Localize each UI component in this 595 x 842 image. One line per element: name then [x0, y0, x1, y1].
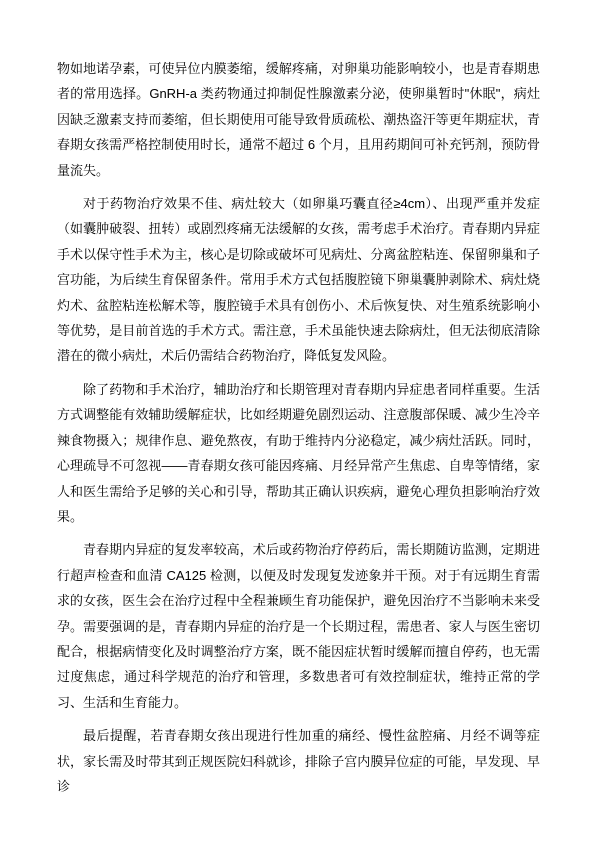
paragraph-adjuvant-management: 除了药物和手术治疗，辅助治疗和长期管理对青春期内异症患者同样重要。生活方式调整能… [57, 377, 540, 529]
paragraph-recurrence-followup: 青春期内异症的复发率较高，术后或药物治疗停药后，需长期随访监测，定期进行超声检查… [57, 537, 540, 715]
paragraph-surgery-treatment: 对于药物治疗效果不佳、病灶较大（如卵巢巧囊直径≥4cm）、出现严重并发症（如囊肿… [57, 191, 540, 369]
document-page: 物如地诺孕素，可使异位内膜萎缩，缓解疼痛，对卵巢功能影响较小，也是青春期患者的常… [0, 0, 595, 842]
paragraph-final-reminder: 最后提醒，若青春期女孩出现进行性加重的痛经、慢性盆腔痛、月经不调等症状，家长需及… [57, 723, 540, 799]
paragraph-continuation: 物如地诺孕素，可使异位内膜萎缩，缓解疼痛，对卵巢功能影响较小，也是青春期患者的常… [57, 56, 540, 183]
